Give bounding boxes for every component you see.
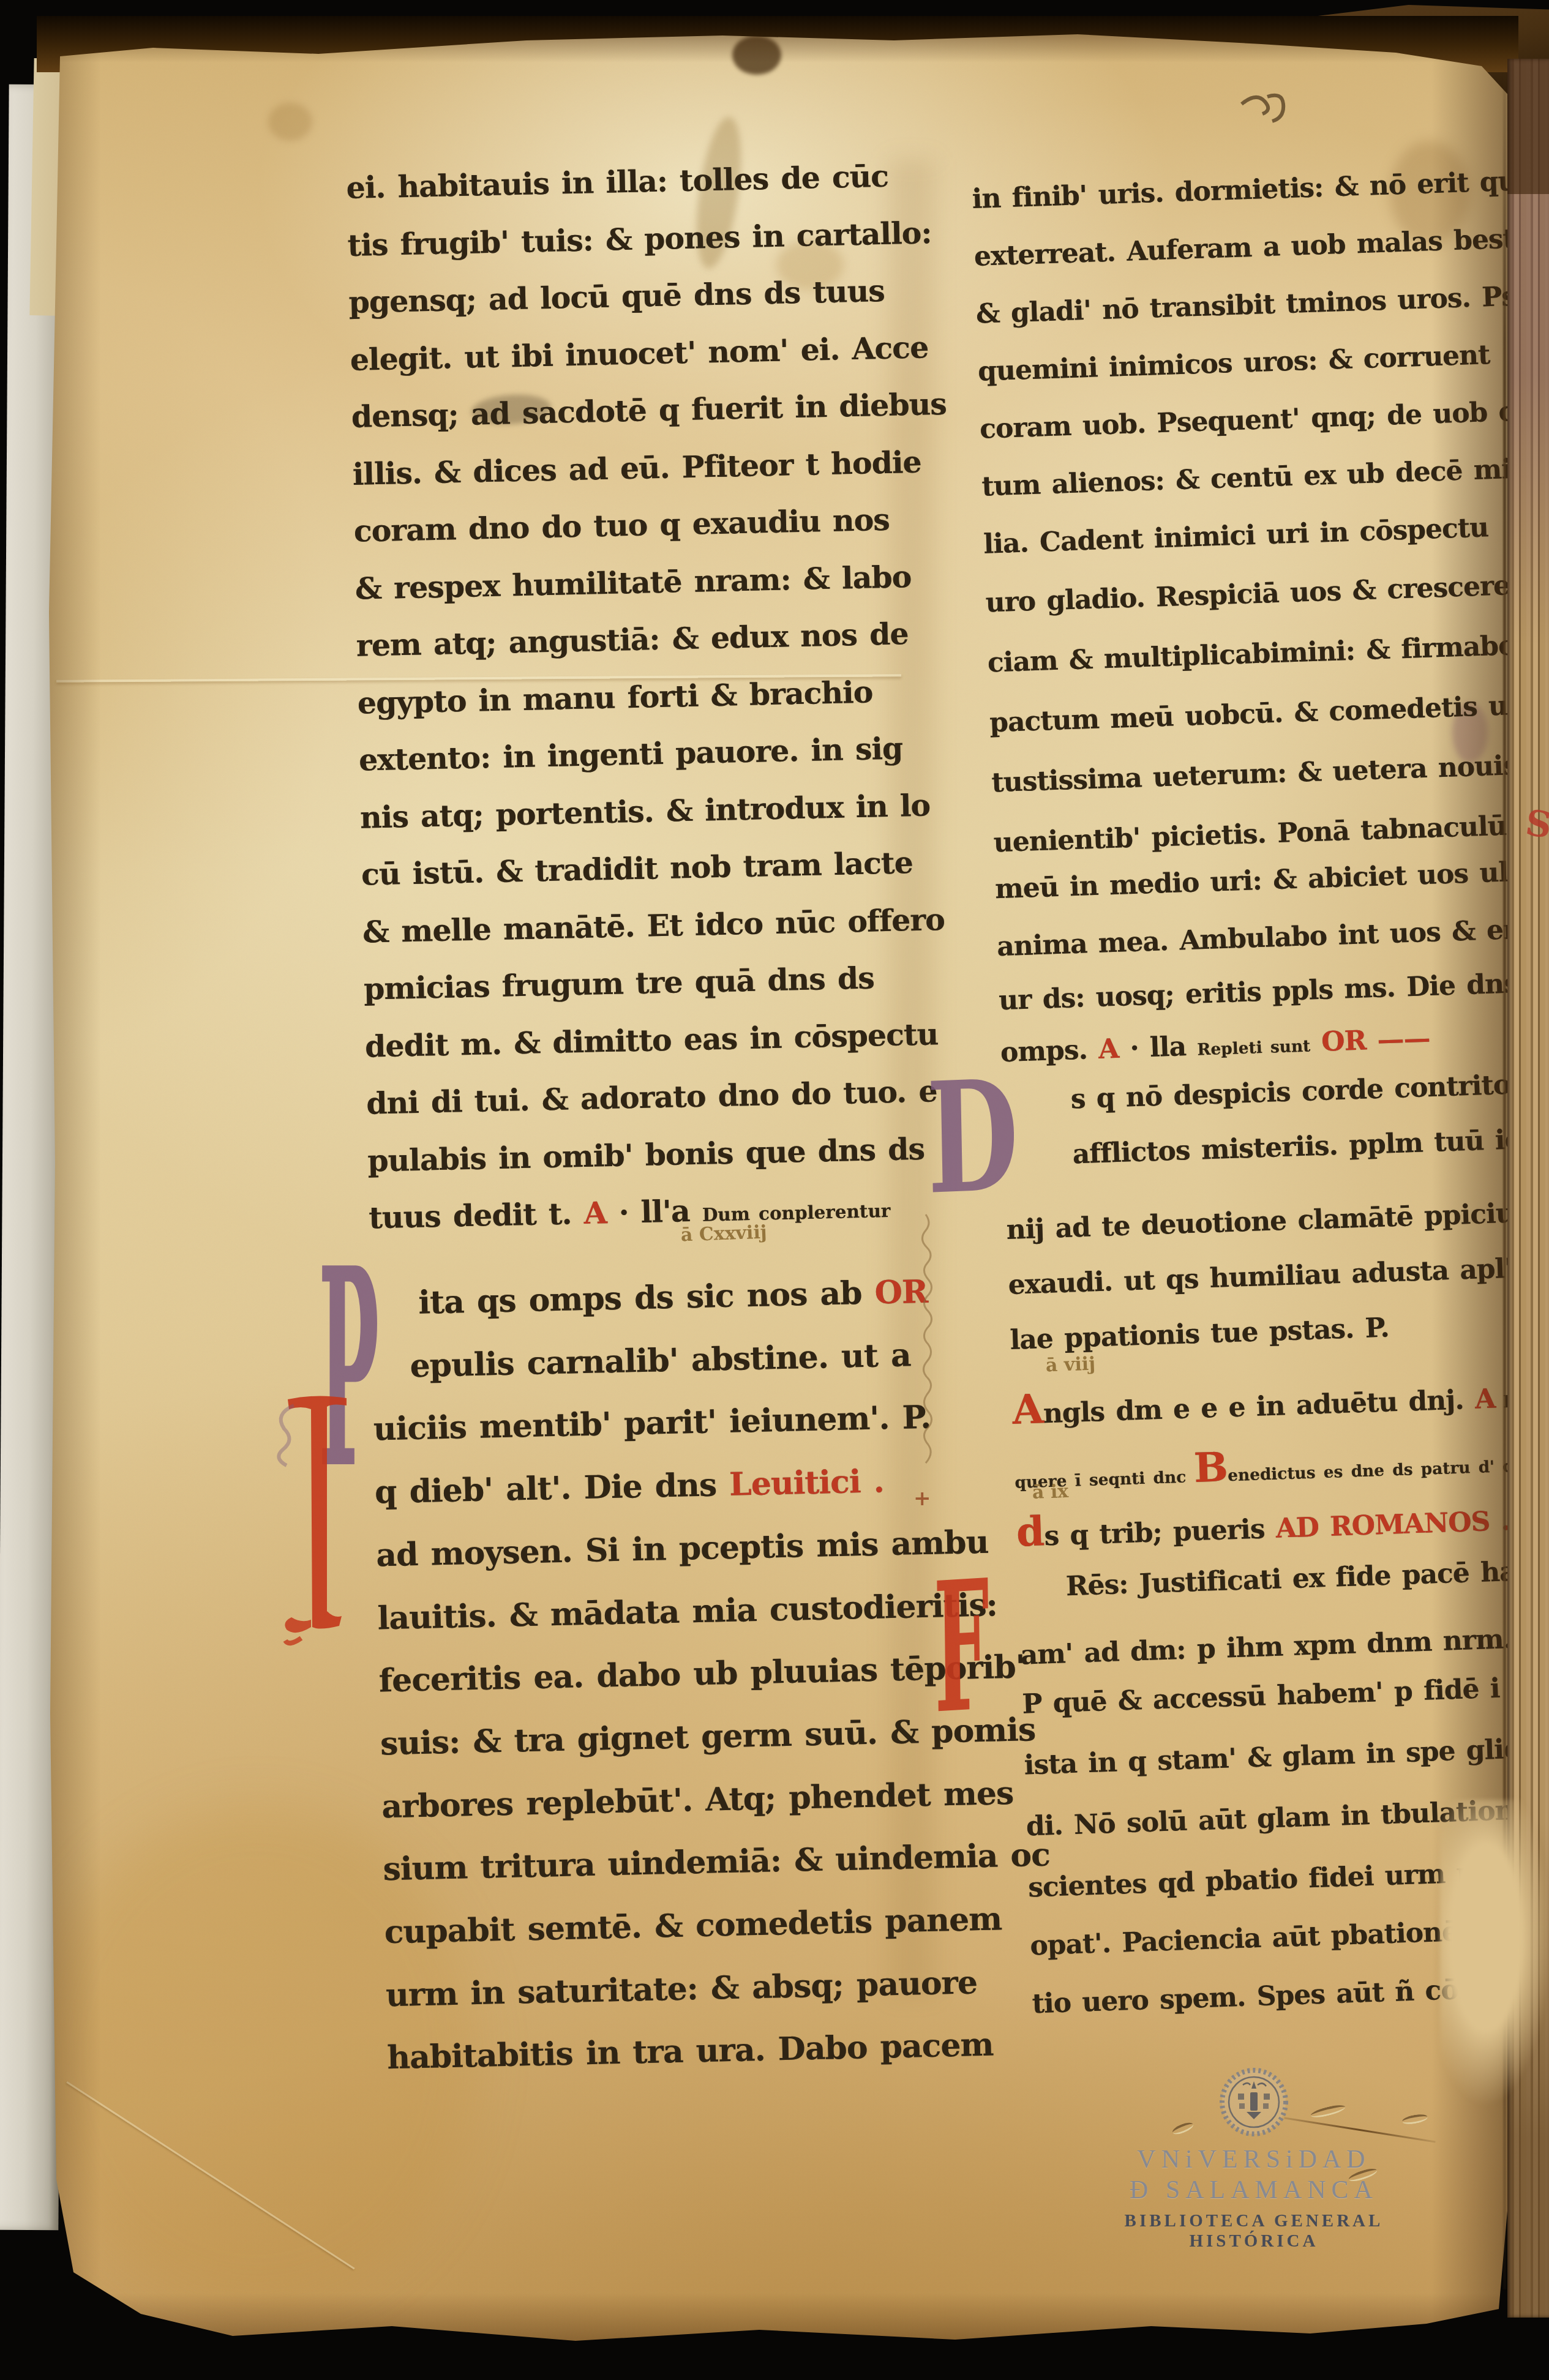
parchment-page: ei. habitauis in illa: tolles de cūctis … [0,0,1549,2380]
parchment-texture [0,0,1549,2380]
torn-edge-patch [1440,1800,1549,2106]
manuscript-photo: { "colors": { "background": "#070605", "… [0,0,1549,2380]
